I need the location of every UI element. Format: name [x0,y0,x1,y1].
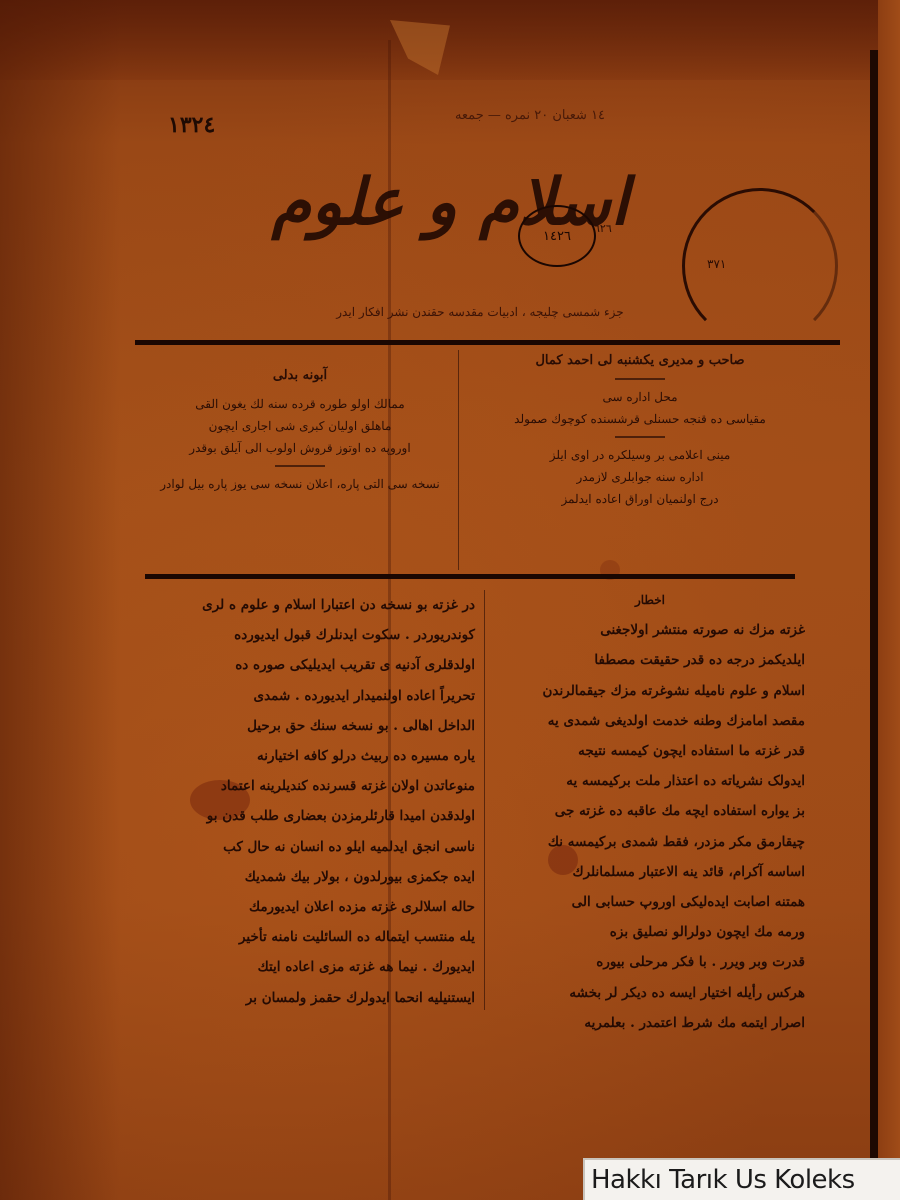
header-rule [135,340,840,345]
page-edge-shadow [870,50,878,1200]
article-line: غزته مزك نه صورته منتشر اولاجغنی [495,615,805,645]
right-column-article: اخطار غزته مزك نه صورته منتشر اولاجغنی ا… [495,585,805,1038]
stamp-large-text: ٣٧١ [707,257,726,271]
subscription-footer: نسخه سی التی پاره، اعلان نسخه سی یوز پار… [150,473,450,495]
article-line: کوندریوردر . سکوت ایدنلرك قبول ایدیورده [160,620,475,650]
info-line: مینی اعلامی بر وسیلکره در اوی ایلز [480,444,800,466]
body-rule [145,574,795,579]
header-column-divider [458,350,459,570]
divider [275,465,325,467]
adjacent-page-strip [878,0,900,1200]
article-heading: اخطار [495,585,805,615]
info-line: اوروپه ده اوتوز قروش اولوب الی آیلق بوقد… [150,437,450,459]
info-line: درج اولنمیان اوراق اعاده ایدلمز [480,488,800,510]
info-line: محل اداره سی [480,386,800,408]
publisher-title: صاحب و مدیری یکشنبه لی احمد کمال [480,350,800,372]
article-line: اولدقلری آدنیه ی تقریب ایدیلیکی صوره ده [160,650,475,680]
issue-year: ١٣٢٤ [168,112,215,138]
article-line: اساسه آکرام، قائد ینه الاعتبار مسلمانلرك [495,857,805,887]
article-line: قدر غزته ما استفاده ایچون کیمسه نتیجه [495,736,805,766]
article-line: ایستنیلیه انحما ایدولرك حقمز ولمسان بر [160,983,475,1013]
left-shadow [0,0,120,1200]
article-line: ورمه مك ایچون دولرالو نصلیق بزه [495,917,805,947]
left-column-article: در غزته بو نسخه دن اعتبارا اسلام و علوم … [160,590,475,1013]
article-line: اسلام و علوم نامیله نشوغرته مزك جیقمالرن… [495,676,805,706]
stamp-handwritten-note: ٦٢٦ [594,222,612,235]
article-line: قدرت وبر ویرر . با فکر مرحلی بیوره [495,947,805,977]
publisher-info-box: صاحب و مدیری یکشنبه لی احمد کمال محل ادا… [480,350,800,510]
info-line: ممالك اولو طوره قرده سنه لك یغون القی [150,393,450,415]
info-line: اداره سنه جوابلری لازمدر [480,466,800,488]
article-line: همتنه اصابت ایده‌لیکی اوروپ حسابی الی [495,887,805,917]
article-line: منوعاتدن اولان غزته قسرنده کندیلرینه اعت… [160,771,475,801]
article-line: یاره مسیره ده ربیث درلو کافه اختیارنه [160,741,475,771]
article-line: ایلدیکمز درجه ده قدر حقیقت مصطفا [495,645,805,675]
dateline: ١٤ شعبان ٢٠ نمره — جمعه [320,108,740,123]
article-line: مقصد امامزك وطنه خدمت اولدیغی شمدی یه [495,706,805,736]
article-line: الداخل اهالی . بو نسخه سنك حق برحیل [160,711,475,741]
article-line: چیقارمق مکر مزدر، فقط شمدی برکیمسه نك [495,827,805,857]
stamp-number: ١٤٢٦ [543,229,571,244]
library-stamp-small: ١٤٢٦ [518,205,596,267]
article-line: ایدیورك . نیما هه غزته مزی اعاده ایتك [160,952,475,982]
article-line: در غزته بو نسخه دن اعتبارا اسلام و علوم … [160,590,475,620]
masthead-subtitle: جزء شمسی چلیجه ، ادبیات مقدسه حقندن نشر … [280,305,680,319]
article-line: ایده جکمزی بیورلدون ، بولار بیك شمدیك [160,862,475,892]
divider [615,378,665,380]
body-column-divider [484,590,485,1010]
article-line: ناسی انجق ایدلمیه ایلو ده انسان نه حال ک… [160,832,475,862]
newspaper-page: ١٣٢٤ ١٤ شعبان ٢٠ نمره — جمعه اسلام و علو… [0,0,900,1200]
masthead-title: اسلام و علوم [200,165,700,240]
article-line: حاله اسلالری غزته مزده اعلان ایدیورمك [160,892,475,922]
subscription-info-box: آبونه بدلی ممالك اولو طوره قرده سنه لك ی… [150,365,450,495]
article-line: اولدقدن امیدا قارئلرمزدن بعضاری طلب قدن … [160,801,475,831]
subscription-title: آبونه بدلی [150,365,450,387]
article-line: بز یواره استفاده ایچه مك عاقبه ده غزته ج… [495,796,805,826]
divider [615,436,665,438]
torn-top-edge [0,0,900,80]
article-line: اصرار ایتمه مك شرط اعتمدر . بعلمریه [495,1008,805,1038]
info-line: ماهلق اولیان کبری شی اجاری ایچون [150,415,450,437]
info-line: مقیاسی ده قنجه حسنلی قرشسنده کوچوك صمولد [480,408,800,430]
article-line: هرکس رأیله اختیار ایسه ده دیکر لر بخشه [495,978,805,1008]
library-stamp-large: ٣٧١ [682,188,838,344]
article-line: ایدولک نشریاته ده اعتذار ملت برکیمسه یه [495,766,805,796]
collection-watermark: Hakkı Tarık Us Koleks [583,1158,900,1200]
article-line: یله منتسب ایتماله ده السائلیت نامنه تأخی… [160,922,475,952]
article-line: تحریراً اعاده اولنمیدار ایدیورده . شمدی [160,681,475,711]
